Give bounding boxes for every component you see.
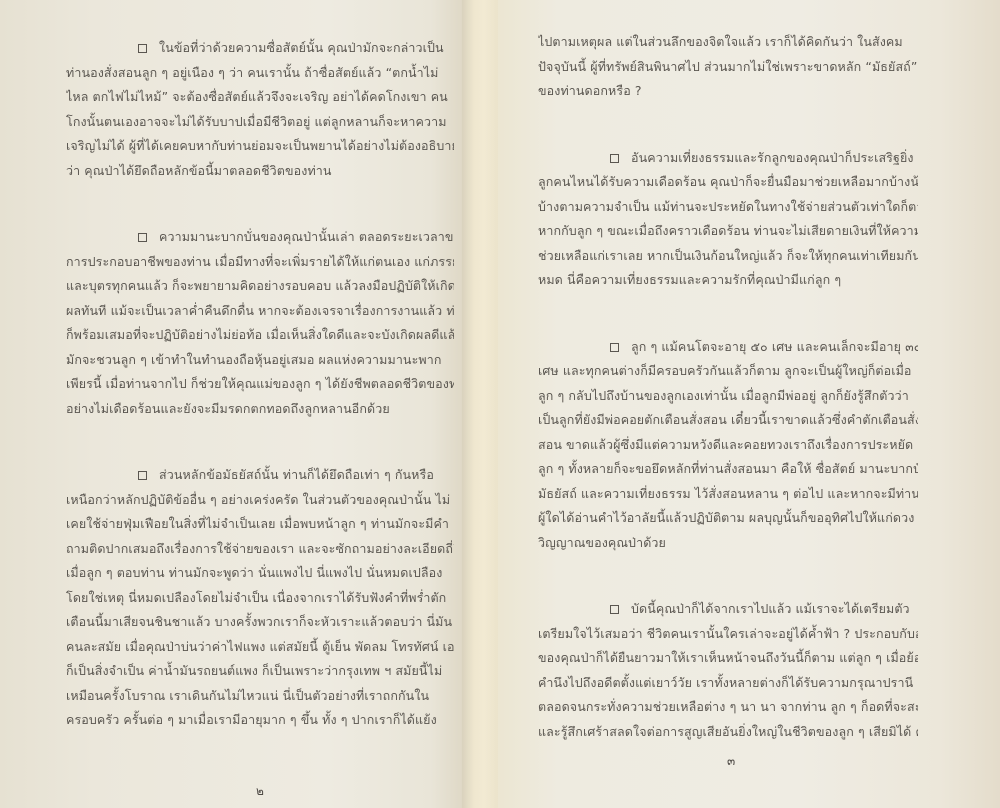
checkbox-bullet-icon (610, 605, 619, 614)
paragraph-first-line: ความมานะบากบั่นของคุณป่านั้นเล่า ตลอดระย… (66, 225, 454, 250)
text-line: เมื่อลูก ๆ ตอบท่าน ท่านมักจะพูดว่า นั่นแ… (66, 561, 454, 586)
left-page: ในข้อที่ว่าด้วยความซื่อสัตย์นั้น คุณป่าม… (0, 0, 468, 808)
text-line: ถามติดปากเสมอถึงเรื่องการใช้จ่ายของเรา แ… (66, 537, 454, 562)
text-line: หมด นี่คือความเที่ยงธรรมและความรักที่คุณ… (538, 268, 918, 293)
checkbox-bullet-icon (610, 154, 619, 163)
paragraph-spacer (538, 293, 918, 335)
text-line: ความมานะบากบั่นของคุณป่านั้นเล่า ตลอดระย… (159, 229, 454, 244)
text-line: ไปตามเหตุผล แต่ในส่วนลึกของจิตใจแล้ว เรา… (538, 30, 918, 55)
text-line: ปัจจุบันนี้ ผู้ที่ทรัพย์สินพินาศไป ส่วนม… (538, 55, 918, 80)
text-line: ลูกคนไหนได้รับความเดือดร้อน คุณป่าก็จะยื… (538, 170, 918, 195)
text-line: ในข้อที่ว่าด้วยความซื่อสัตย์นั้น คุณป่าม… (159, 40, 444, 55)
right-page-text: ไปตามเหตุผล แต่ในส่วนลึกของจิตใจแล้ว เรา… (538, 30, 918, 744)
text-line: ตลอดจนกระทั่งความช่วยเหลือต่าง ๆ นา นา จ… (538, 695, 918, 720)
text-line: เป็นลูกที่ยังมีพ่อคอยตักเตือนสั่งสอน เดี… (538, 408, 918, 433)
text-line: และรู้สึกเศร้าสลดใจต่อการสูญเสียอันยิ่งใ… (538, 720, 918, 745)
open-book-spread: ในข้อที่ว่าด้วยความซื่อสัตย์นั้น คุณป่าม… (0, 0, 1000, 808)
text-line: ลูก ๆ กลับไปถึงบ้านของลูกเองเท่านั้น เมื… (538, 384, 918, 409)
text-line: เจริญไม่ได้ ผู้ที่ได้เคยคบหากับท่านย่อมจ… (66, 134, 454, 159)
text-line: ท่านองสั่งสอนลูก ๆ อยู่เนือง ๆ ว่า คนเรา… (66, 61, 454, 86)
text-line: ผู้ใดได้อ่านคำไว้อาลัยนี้แล้วปฏิบัติตาม … (538, 506, 918, 531)
text-line: มักจะชวนลูก ๆ เข้าทำในทำนองถือหุ้นอยู่เส… (66, 348, 454, 373)
text-line: การประกอบอาชีพของท่าน เมื่อมีทางที่จะเพิ… (66, 250, 454, 275)
text-line: เหมือนครั้งโบราณ เราเดินกันไม่ไหวแน่ นี่… (66, 684, 454, 709)
text-line: และบุตรทุกคนแล้ว ก็จะพยายามคิดอย่างรอบคอ… (66, 274, 454, 299)
paragraph-first-line: บัดนี้คุณป่าก็ได้จากเราไปแล้ว แม้เราจะได… (538, 597, 918, 622)
text-line: บ้างตามความจำเป็น แม้ท่านจะประหยัดในทางใ… (538, 195, 918, 220)
paragraph-farewell: บัดนี้คุณป่าก็ได้จากเราไปแล้ว แม้เราจะได… (538, 597, 918, 744)
paragraph-spacer (538, 104, 918, 146)
text-line: เหนือกว่าหลักปฏิบัติข้ออื่น ๆ อย่างเคร่ง… (66, 488, 454, 513)
text-line: บัดนี้คุณป่าก็ได้จากเราไปแล้ว แม้เราจะได… (631, 601, 910, 616)
paragraph-spacer (538, 555, 918, 597)
checkbox-bullet-icon (138, 44, 147, 53)
paragraph-honesty: ในข้อที่ว่าด้วยความซื่อสัตย์นั้น คุณป่าม… (66, 36, 454, 183)
text-line: ผลทันที แม้จะเป็นเวลาค่ำคืนดึกดื่น หากจะ… (66, 299, 454, 324)
paragraph-thrift: ส่วนหลักข้อมัธยัสถ์นั้น ท่านก็ได้ยึดถือเ… (66, 463, 454, 733)
text-line: ครอบครัว ครั้นต่อ ๆ มาเมื่อเรามีอายุมาก … (66, 708, 454, 733)
text-line: หากกับลูก ๆ ขณะเมื่อถึงคราวเดือดร้อน ท่า… (538, 219, 918, 244)
text-line: เตรียมใจไว้เสมอว่า ชีวิตคนเรานั้นใครเล่า… (538, 622, 918, 647)
paragraph-first-line: ส่วนหลักข้อมัธยัสถ์นั้น ท่านก็ได้ยึดถือเ… (66, 463, 454, 488)
text-line: ลูก ๆ แม้คนโตจะอายุ ๕๐ เศษ และคนเล็กจะมี… (631, 339, 918, 354)
paragraph-first-line: ในข้อที่ว่าด้วยความซื่อสัตย์นั้น คุณป่าม… (66, 36, 454, 61)
checkbox-bullet-icon (138, 471, 147, 480)
text-line: มัธยัสถ์ และความเที่ยงธรรม ไว้สั่งสอนหลา… (538, 482, 918, 507)
paragraph-first-line: อันความเที่ยงธรรมและรักลูกของคุณป่าก็ประ… (538, 146, 918, 171)
text-line: ช่วยเหลือแก่เราเลย หากเป็นเงินก้อนใหญ่แล… (538, 244, 918, 269)
text-line: คนละสมัย เมื่อคุณป่าบ่นว่าค่าไฟแพง แต่สม… (66, 635, 454, 660)
paragraph-fairness: อันความเที่ยงธรรมและรักลูกของคุณป่าก็ประ… (538, 146, 918, 293)
paragraph-first-line: ลูก ๆ แม้คนโตจะอายุ ๕๐ เศษ และคนเล็กจะมี… (538, 335, 918, 360)
right-page-number: ๓ (727, 752, 735, 771)
checkbox-bullet-icon (138, 233, 147, 242)
text-line: เศษ และทุกคนต่างก็มีครอบครัวกันแล้วก็ตาม… (538, 359, 918, 384)
right-page: ไปตามเหตุผล แต่ในส่วนลึกของจิตใจแล้ว เรา… (498, 0, 1000, 808)
text-line: เคยใช้จ่ายฟุ่มเฟือยในสิ่งที่ไม่จำเป็นเลย… (66, 512, 454, 537)
paragraph-spacer (66, 421, 454, 463)
text-line: ก็พร้อมเสมอที่จะปฏิบัติอย่างไม่ย่อท้อ เม… (66, 323, 454, 348)
text-line: คำนึงไปถึงอดีตตั้งแต่เยาว์วัย เราทั้งหลา… (538, 671, 918, 696)
text-line: ของคุณป่าก็ได้ยืนยาวมาให้เราเห็นหน้าจนถึ… (538, 646, 918, 671)
text-line: ก็เป็นสิ่งจำเป็น ค่าน้ำมันรถยนต์แพง ก็เป… (66, 659, 454, 684)
text-line: วิญญาณของคุณป่าด้วย (538, 531, 918, 556)
book-spine-gutter (462, 0, 502, 808)
text-line: ว่า คุณป่าได้ยึดถือหลักข้อนี้มาตลอดชีวิต… (66, 159, 454, 184)
paragraph-children: ลูก ๆ แม้คนโตจะอายุ ๕๐ เศษ และคนเล็กจะมี… (538, 335, 918, 556)
text-line: ไหล ตกไฟไม่ไหม้” จะต้องซื่อสัตย์แล้วจึงจ… (66, 85, 454, 110)
text-line: เตือนนี้มาเสียจนชินชาแล้ว บางครั้งพวกเรา… (66, 610, 454, 635)
paragraph-continuation: ไปตามเหตุผล แต่ในส่วนลึกของจิตใจแล้ว เรา… (538, 30, 918, 104)
text-line: ลูก ๆ ทั้งหลายก็จะขอยึดหลักที่ท่านสั่งสอ… (538, 457, 918, 482)
text-line: เพียรนี้ เมื่อท่านจากไป ก็ช่วยให้คุณแม่ข… (66, 372, 454, 397)
text-line: อย่างไม่เดือดร้อนและยังจะมีมรดกตกทอดถึงล… (66, 397, 454, 422)
text-line: โกงนั้นตนเองอาจจะไม่ได้รับบาปเมื่อมีชีวิ… (66, 110, 454, 135)
text-line: สอน ขาดแล้วผู้ซึ่งมีแต่ความหวังดีและคอยท… (538, 433, 918, 458)
text-line: ส่วนหลักข้อมัธยัสถ์นั้น ท่านก็ได้ยึดถือเ… (159, 467, 434, 482)
text-line: ของท่านดอกหรือ ? (538, 79, 918, 104)
paragraph-spacer (66, 183, 454, 225)
text-line: อันความเที่ยงธรรมและรักลูกของคุณป่าก็ประ… (631, 150, 918, 165)
left-page-number: ๒ (256, 782, 264, 801)
paragraph-perseverance: ความมานะบากบั่นของคุณป่านั้นเล่า ตลอดระย… (66, 225, 454, 421)
text-line: โดยใช่เหตุ นี่หมดเปลืองโดยไม่จำเป็น เนื่… (66, 586, 454, 611)
checkbox-bullet-icon (610, 343, 619, 352)
left-page-text: ในข้อที่ว่าด้วยความซื่อสัตย์นั้น คุณป่าม… (66, 36, 454, 733)
